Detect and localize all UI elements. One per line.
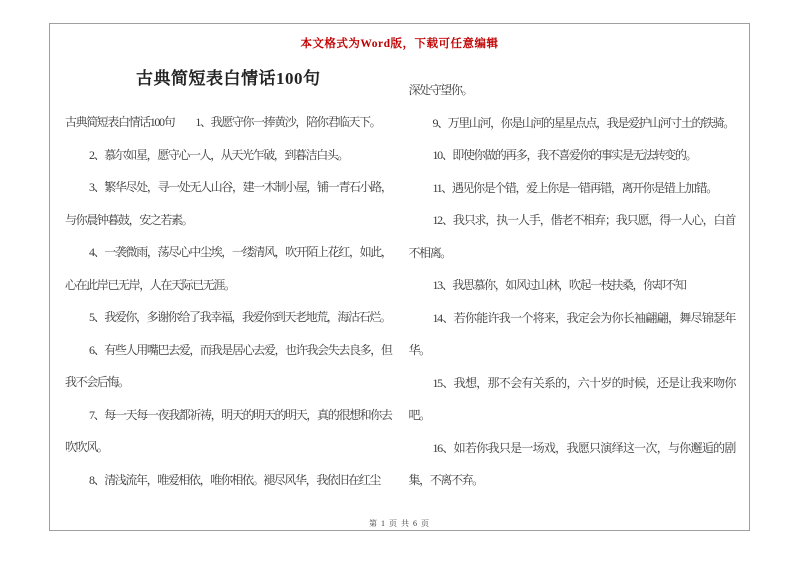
left-paragraphs: 古典简短表白情话100句 1、我愿守你一捧黄沙，陪你君临天下。 2、慕尔如星，愿…: [65, 106, 392, 496]
header-notice: 本文格式为Word版，下载可任意编辑: [50, 35, 749, 51]
document-title: 古典简短表白情话100句: [65, 66, 392, 92]
paragraph-9: 9、万里山河，你是山河的星星点点，我是爱护山河寸土的铁骑。: [409, 107, 736, 140]
paragraph-12: 12、我只求，执一人手，偕老不相弃；我只愿，得一人心，白首不相离。: [409, 204, 736, 269]
paragraph-2: 2、慕尔如星，愿守心一人，从天光乍破，到暮洁白头。: [65, 139, 392, 172]
paragraph-16: 16、如若你我只是一场戏，我愿只演绎这一次，与你邂逅的剧集，不离不弃。: [409, 432, 736, 497]
paragraph-11: 11、遇见你是个错，爱上你是一错再错，离开你是错上加错。: [409, 172, 736, 205]
paragraph-8-continuation: 深处守望你。: [409, 74, 736, 107]
paragraph-6: 6、有些人用嘴巴去爱，而我是居心去爱，也许我会失去良多，但我不会后悔。: [65, 334, 392, 399]
paragraph-3: 3、繁华尽处，寻一处无人山谷，建一木制小屋，铺一青石小路，与你晨钟暮鼓，安之若素…: [65, 171, 392, 236]
paragraph-13: 13、我思慕你，如风过山林，吹起一枝扶桑，你却不知: [409, 269, 736, 302]
page-footer: 第 1 页 共 6 页: [50, 518, 749, 529]
paragraph-15: 15、我想，那不会有关系的，六十岁的时候，还是让我来吻你吧。: [409, 367, 736, 432]
right-paragraphs: 深处守望你。 9、万里山河，你是山河的星星点点，我是爱护山河寸土的铁骑。 10、…: [409, 74, 736, 497]
paragraph-5: 5、我爱你，多谢你给了我幸福，我爱你到天老地荒，海沽石烂。: [65, 301, 392, 334]
paragraph-8: 8、清浅流年，唯爱相依，唯你相依。褪尽风华，我依旧在红尘: [65, 464, 392, 497]
document-page: 本文格式为Word版，下载可任意编辑 古典简短表白情话100句 古典简短表白情话…: [49, 23, 750, 531]
left-column: 古典简短表白情话100句 古典简短表白情话100句 1、我愿守你一捧黄沙，陪你君…: [65, 66, 392, 497]
paragraph-4: 4、一袭微雨，荡尽心中尘埃，一缕清风，吹开陌上花红，如此，心在此岸已无岸，人在天…: [65, 236, 392, 301]
document-body: 古典简短表白情话100句 古典简短表白情话100句 1、我愿守你一捧黄沙，陪你君…: [50, 66, 749, 497]
paragraph-1: 古典简短表白情话100句 1、我愿守你一捧黄沙，陪你君临天下。: [65, 106, 392, 139]
paragraph-10: 10、即使你做的再多，我不喜爱你的事实是无法转变的。: [409, 139, 736, 172]
paragraph-14: 14、若你能许我一个将来，我定会为你长袖翩翩，舞尽锦瑟年华。: [409, 302, 736, 367]
right-column: 深处守望你。 9、万里山河，你是山河的星星点点，我是爱护山河寸土的铁骑。 10、…: [409, 66, 736, 497]
paragraph-7: 7、每一天每一夜我都祈祷，明天的明天的明天，真的很想和你去吹吹风。: [65, 399, 392, 464]
